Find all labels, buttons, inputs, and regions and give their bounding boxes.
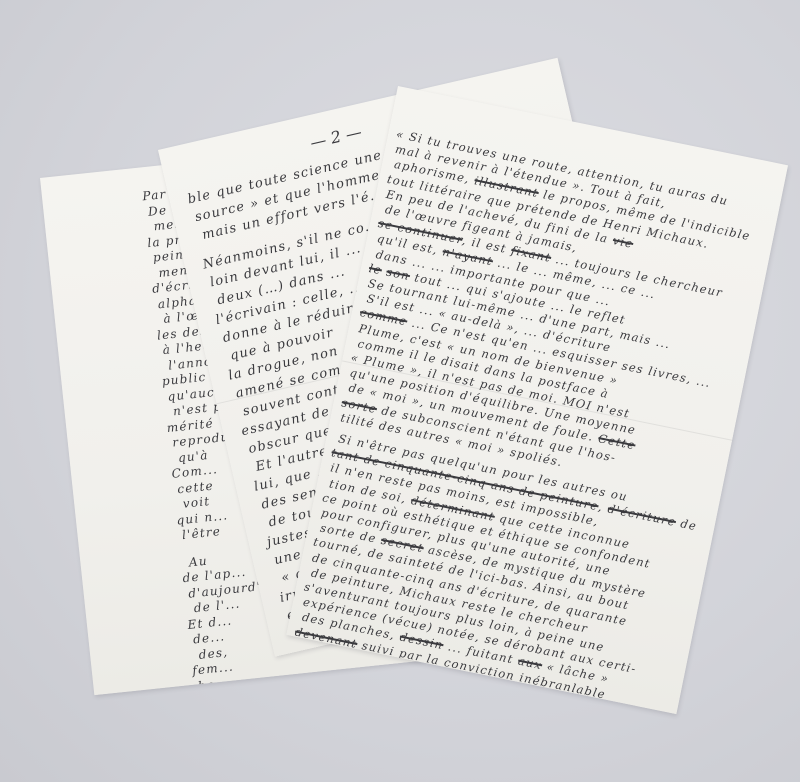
handwritten-line: de l'... [193,596,241,615]
handwritten-line: sut [203,691,227,695]
handwritten-line: de... [192,629,226,646]
handwritten-line: l'être [181,524,221,542]
handwritten-line: voit [182,494,211,511]
page-3-text: « Si tu trouves une route, attention, tu… [398,86,788,165]
handwritten-line: he... [197,675,231,692]
handwritten-line: des, [198,644,229,661]
handwritten-line: Au [188,553,208,569]
handwritten-line: Et d... [187,613,233,632]
page-number: — 2 — [308,122,363,152]
handwritten-line: qu'à [177,447,209,464]
